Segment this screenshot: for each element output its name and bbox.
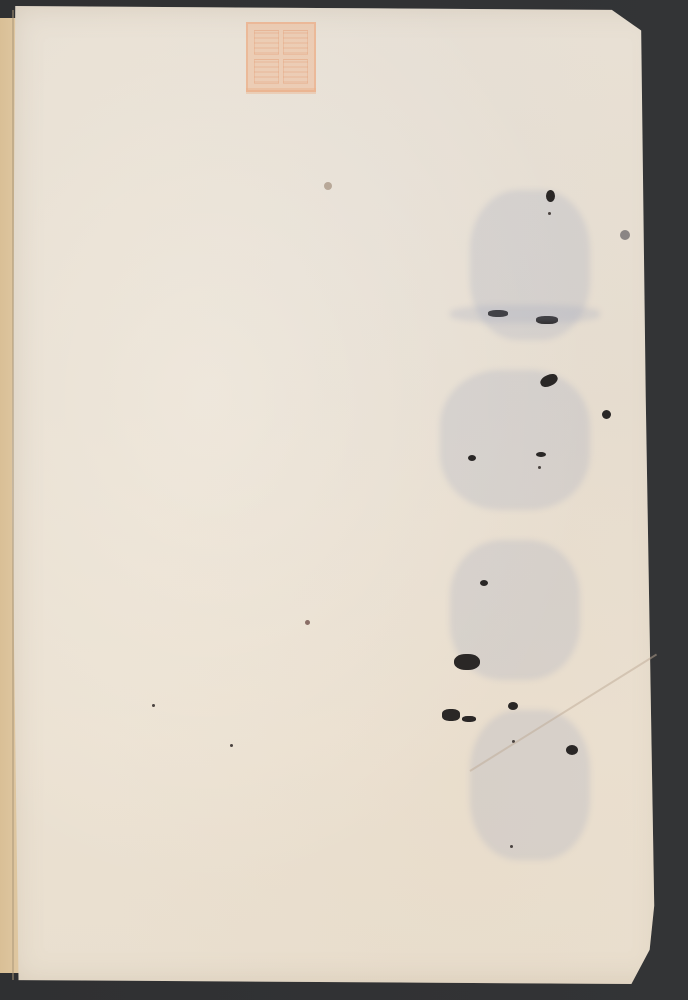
scan-background (0, 0, 688, 1000)
seal-stamp (246, 22, 316, 92)
seal-quadrant (254, 59, 279, 84)
paper-speck (305, 620, 310, 625)
seal-quadrant (283, 59, 308, 84)
seal-text (0, 0, 1, 1)
paper-speck (152, 704, 155, 707)
paper-page (12, 6, 664, 984)
seal-quadrant (283, 30, 308, 55)
page-left-edge (12, 10, 14, 980)
seal-bottom-strip (246, 88, 316, 94)
paper-speck (230, 744, 233, 747)
seal-quadrant (254, 30, 279, 55)
paper-speck (324, 182, 332, 190)
